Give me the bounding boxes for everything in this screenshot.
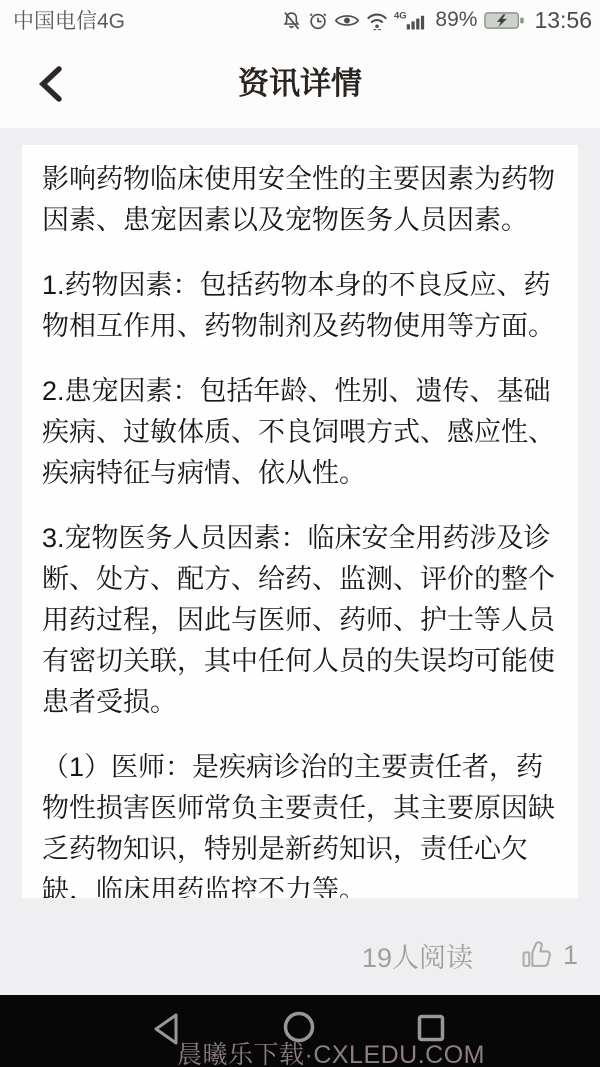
page-title: 资讯详情 [0,40,600,128]
article-paragraph: 影响药物临床使用安全性的主要因素为药物因素、患宠因素以及宠物医务人员因素。 [42,159,558,241]
thumbs-up-icon [521,938,554,974]
read-count: 19人阅读 [362,936,473,975]
article-meta-row: 19人阅读 1 [362,936,578,975]
clock-label: 13:56 [534,7,592,34]
status-bar: 中国电信4G [0,0,600,40]
mute-icon [281,9,302,32]
title-bar: 资讯详情 [0,40,600,128]
article-paragraph: 2.患宠因素：包括年龄、性别、遗传、基础疾病、过敏体质、不良饲喂方式、感应性、疾… [42,371,558,494]
article-paragraph: 1.药物因素：包括药物本身的不良反应、药物相互作用、药物制剂及药物使用等方面。 [42,265,558,347]
article-paragraph: （1）医师：是疾病诊治的主要责任者，药物性损害医师常负主要责任，其主要原因缺乏药… [42,747,558,898]
eye-protection-icon [334,11,360,30]
like-button[interactable]: 1 [521,938,578,974]
battery-charging-icon [484,10,526,31]
alarm-icon [307,9,329,32]
article-paragraph: 3.宠物医务人员因素：临床安全用药涉及诊断、处方、配方、给药、监测、评价的整个用… [42,518,558,723]
wifi-icon [365,10,389,31]
watermark-text: 晨曦乐下载·CXLEDU.COM [177,1035,485,1067]
status-icons: 4G 89% 13:56 [281,7,592,34]
battery-percent-label: 89% [435,8,477,32]
carrier-label: 中国电信4G [13,5,125,35]
like-count: 1 [563,940,578,971]
android-nav-bar: 晨曦乐下载·CXLEDU.COM [0,995,600,1067]
svg-text:4G: 4G [394,10,407,21]
signal-bars-icon: 4G [394,9,428,32]
article-card: 影响药物临床使用安全性的主要因素为药物因素、患宠因素以及宠物医务人员因素。 1.… [22,145,578,898]
